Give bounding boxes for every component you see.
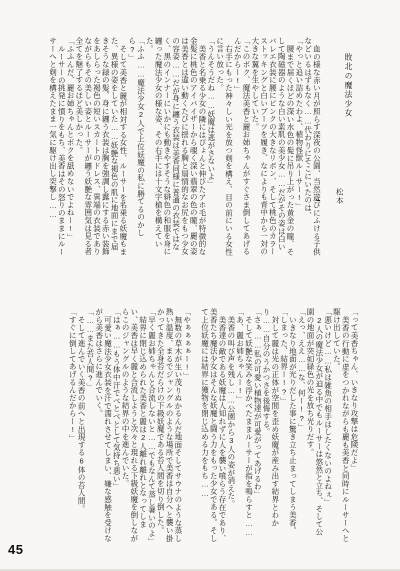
paragraph: 「このボク、魔法美香と麗お姉ちゃんがすぐさま倒してあげるんだからー!」 xyxy=(232,37,250,256)
paragraph: 「やっと追い詰めたわよ、植物怪獣ルーサー!」 xyxy=(294,37,303,256)
lower-paragraphs: 「って美香ちゃん、いきなり攻撃は危険だよ」美香の行動に虚をつかれながらも麗も美香… xyxy=(68,308,359,542)
paragraph: ルーサーの挑発に憤りをもち、美香はその怒りのままにルーサーへと剣を構えたまま一気… xyxy=(48,37,66,256)
paragraph: 「ふふんだ、麗お姉ちゃんとボクを舐めないでよねー!」 xyxy=(65,37,74,256)
paragraph: 「すぐに倒してあげるんだからー!」 xyxy=(68,308,77,542)
paragraph: いきなり地面が光りだした事に驚き立ち止まってしまう美香。 xyxy=(288,308,297,542)
upper-paragraphs: 血の様な赤い月が照らす深夜の公園、当然遊びにふける子供などいるはずもなく……代わ… xyxy=(48,37,321,256)
paragraph: 「ふふ……魔法少女2人で上位妖魔の私に勝てるのかしら?」 xyxy=(127,37,145,256)
paragraph: 美香と名乗る少女の隣にはぴょんと伸びたアホ毛が特徴的な金髪に桃色のアイバイザーか… xyxy=(144,37,206,256)
paragraph: 結界に閉じ込められた美香と麗は2人離れ離れとなってしまい、美香は早く麗と合流しよ… xyxy=(120,308,146,542)
paragraph: 可愛い魔法少女衣装を汗で濡れさせてしまい、嫌な感触を受けながら美香はさらに進んで… xyxy=(94,308,112,542)
lower-text-block: 「って美香ちゃん、いきなり攻撃は危険だよ」美香の行動に虚をつかれながらも麗も美香… xyxy=(68,308,359,542)
paragraph: 「……また苔人間?」 xyxy=(85,308,94,542)
paragraph: 美香達の敵である妖魔は人知れずに人を襲い喰らう存在であり、美香たち魔法少女はそん… xyxy=(200,308,226,542)
paragraph: 「はぁ……もう体中汗でべとべとして気持ち悪い」 xyxy=(111,308,120,542)
paragraph: 「って美香ちゃん、いきなり攻撃は危険だよ」 xyxy=(349,308,358,542)
paragraph: 「あ、麗お姉ちゃんー!」 xyxy=(235,308,244,542)
upper-text-block: 敗北の魔法少女 松本 血の様な赤い月が照らす深夜の公園、当然遊びにふける子供など… xyxy=(48,37,358,256)
paragraph: 「やぁぁぁぁー!」 xyxy=(182,308,191,542)
story-title: 敗北の魔法少女 xyxy=(343,37,352,256)
paragraph: 腰まで届くほどの深い水色の髪に吊り上がった黄金の瞳、そして陶磁器のような白い素肌… xyxy=(250,37,294,256)
paragraph: 「さぁ……私の可愛い植物達が可愛がってあげるわ」 xyxy=(252,308,261,542)
paragraph: 2人の魔法少女が迫る中でもルーサーは悠然と立ち、そして公園の地面が突如緑色の光を… xyxy=(305,308,323,542)
paragraph: 血の様な赤い月が照らす深夜の公園、当然遊びにふける子供などいるはずもなく……代わ… xyxy=(303,37,321,256)
paragraph: 「えっ、ええ……な、何ー!?」 xyxy=(296,308,305,542)
author-name: 松本 xyxy=(334,37,343,256)
paragraph: そして妖艶な笑みを浮かべたままルーサーが指を鳴らすと…… xyxy=(244,308,253,542)
story-heading: 敗北の魔法少女 松本 xyxy=(334,37,352,256)
paragraph: そして美香と麗が相対する女性、ルーサーを名乗る妖魔もまた、異様の姿をしていた……… xyxy=(74,37,127,256)
paragraph: 右手にもった神々しい光を放つ剣を構え、目の前にいる女性に言い放った。 xyxy=(215,37,233,256)
paragraph: 「悪いけど……私は雑魚の相手はしたくないのよねぇ」 xyxy=(323,308,332,542)
paragraph: 対して麗は光の正体が空間を歪め妖魔が産み出す結界とわかり……自分のうかつさを後悔… xyxy=(261,308,279,542)
paragraph: 美香の叫び声を残し……公園から3人の姿が消えた。 xyxy=(226,308,235,542)
paragraph: 無数の草木が生い茂りぬかるんだ地面そしてサウナのような蒸し熱い温度、まるでジャン… xyxy=(155,308,181,542)
paragraph: 「しまった、結界ー!?」 xyxy=(279,308,288,542)
paragraph: 「早く麗お姉ちゃんと合流しないと……でもなんて蒸し暑いのよ」 xyxy=(147,308,156,542)
paragraph: 「うんそうだね……妖魔は逃がさないよ」 xyxy=(206,37,215,256)
paragraph: 美香の行動に虚をつかれながらも麗も美香と同時にルーサーへと駆け出していた。 xyxy=(332,308,350,542)
page: 敗北の魔法少女 松本 血の様な赤い月が照らす深夜の公園、当然遊びにふける子供など… xyxy=(0,0,400,571)
paragraph: そして進んでいく美香の前へと出現する6体の苔人間。 xyxy=(76,308,85,542)
page-number: 45 xyxy=(8,542,23,557)
